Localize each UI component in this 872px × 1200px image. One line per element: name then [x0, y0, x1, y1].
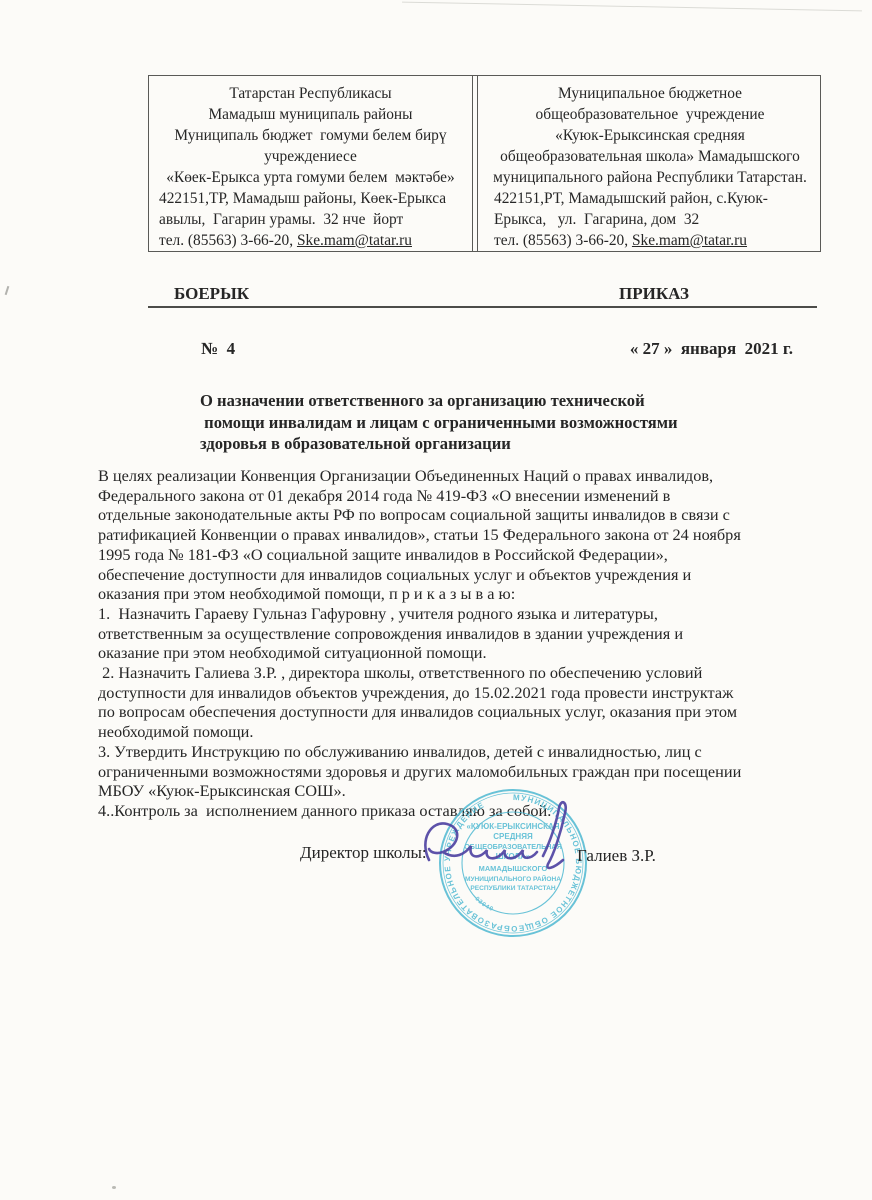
scan-artifact-line — [402, 2, 862, 12]
phone-text: тел. (85563) 3-66-20, — [494, 232, 632, 249]
org-name-line: учреждениесе — [153, 146, 468, 167]
body-line: отдельные законодательные акты РФ по воп… — [98, 505, 804, 525]
body-line: оказания при этом необходимой помощи, п … — [98, 584, 804, 604]
address-line: 422151,РТ, Мамадышский район, с.Куюк- — [484, 188, 816, 209]
org-name-line: Мамадыш муниципаль районы — [153, 104, 468, 125]
order-title-line: О назначении ответственного за организац… — [200, 390, 780, 412]
school-name-line: муниципального района Республики Татарст… — [484, 167, 816, 188]
school-name-line: «Куюк-Ерыксинская средняя — [484, 125, 816, 146]
body-line: оказание при этом необходимой ситуационн… — [98, 643, 804, 663]
body-line: ратификацией Конвенции о правах инвалидо… — [98, 525, 804, 545]
phone-text: тел. (85563) 3-66-20, — [159, 232, 297, 249]
email-link[interactable]: Ske.mam@tatar.ru — [297, 232, 412, 249]
body-line: В целях реализации Конвенция Организации… — [98, 466, 804, 486]
order-heading-row: БОЕРЫК ПРИКАЗ — [148, 284, 817, 308]
school-name-line: общеобразовательная школа» Мамадышского — [484, 146, 816, 167]
body-line: 1. Назначить Гараеву Гульназ Гафуровну ,… — [98, 604, 804, 624]
email-link[interactable]: Ske.mam@tatar.ru — [632, 232, 747, 249]
scan-artifact-dot — [112, 1186, 116, 1189]
signature-name: Галиев З.Р. — [577, 846, 656, 866]
order-number: № 4 — [201, 339, 235, 359]
body-line: по вопросам обеспечения доступности для … — [98, 702, 804, 722]
body-line: необходимой помощи. — [98, 722, 804, 742]
order-date: « 27 » января 2021 г. — [630, 339, 793, 359]
body-line: 3. Утвердить Инструкцию по обслуживанию … — [98, 742, 804, 762]
phone-line: тел. (85563) 3-66-20, Ske.mam@tatar.ru — [153, 230, 468, 251]
org-name-line: общеобразовательное учреждение — [484, 104, 816, 125]
order-body: В целях реализации Конвенция Организации… — [98, 466, 804, 821]
org-name-line: Муниципаль бюджет гомуми белем бирү — [153, 125, 468, 146]
scan-artifact-mark — [5, 286, 10, 295]
address-line: 422151,ТР, Мамадыш районы, Көек-Ерыкса — [153, 188, 468, 209]
body-line: 2. Назначить Галиева З.Р. , директора шк… — [98, 663, 804, 683]
signature-role-label: Директор школы: — [300, 843, 427, 863]
order-label-russian: ПРИКАЗ — [619, 284, 689, 304]
director-signature — [413, 800, 593, 892]
body-line: обеспечение доступности для инвалидов со… — [98, 565, 804, 585]
org-name-line: Муниципальное бюджетное — [484, 83, 816, 104]
body-line: 1995 года № 181-ФЗ «О социальной защите … — [98, 545, 804, 565]
body-line: доступности для инвалидов объектов учреж… — [98, 683, 804, 703]
letterhead-cell-russian: Муниципальное бюджетное общеобразователь… — [477, 76, 820, 251]
letterhead-cell-tatar: Татарстан Республикасы Мамадыш муниципал… — [149, 76, 473, 251]
order-title-line: здоровья в образовательной организации — [200, 433, 780, 455]
order-label-tatar: БОЕРЫК — [174, 284, 249, 304]
order-title-line: помощи инвалидам и лицам с ограниченными… — [200, 412, 780, 434]
address-line: Ерыкса, ул. Гагарина, дом 32 — [484, 209, 816, 230]
body-line: ограниченными возможностями здоровья и д… — [98, 762, 804, 782]
scanned-document-page: Татарстан Республикасы Мамадыш муниципал… — [0, 0, 872, 1200]
org-name-line: Татарстан Республикасы — [153, 83, 468, 104]
order-title: О назначении ответственного за организац… — [200, 390, 780, 455]
order-meta-row: № 4 « 27 » января 2021 г. — [148, 339, 817, 359]
letterhead-table: Татарстан Республикасы Мамадыш муниципал… — [148, 75, 821, 252]
address-line: авылы, Гагарин урамы. 32 нче йорт — [153, 209, 468, 230]
body-line: Федерального закона от 01 декабря 2014 г… — [98, 486, 804, 506]
org-name-line: «Көек-Ерыкса урта гомуми белем мәктәбе» — [153, 167, 468, 188]
body-line: ответственным за осуществление сопровожд… — [98, 624, 804, 644]
phone-line: тел. (85563) 3-66-20, Ske.mam@tatar.ru — [484, 230, 816, 251]
